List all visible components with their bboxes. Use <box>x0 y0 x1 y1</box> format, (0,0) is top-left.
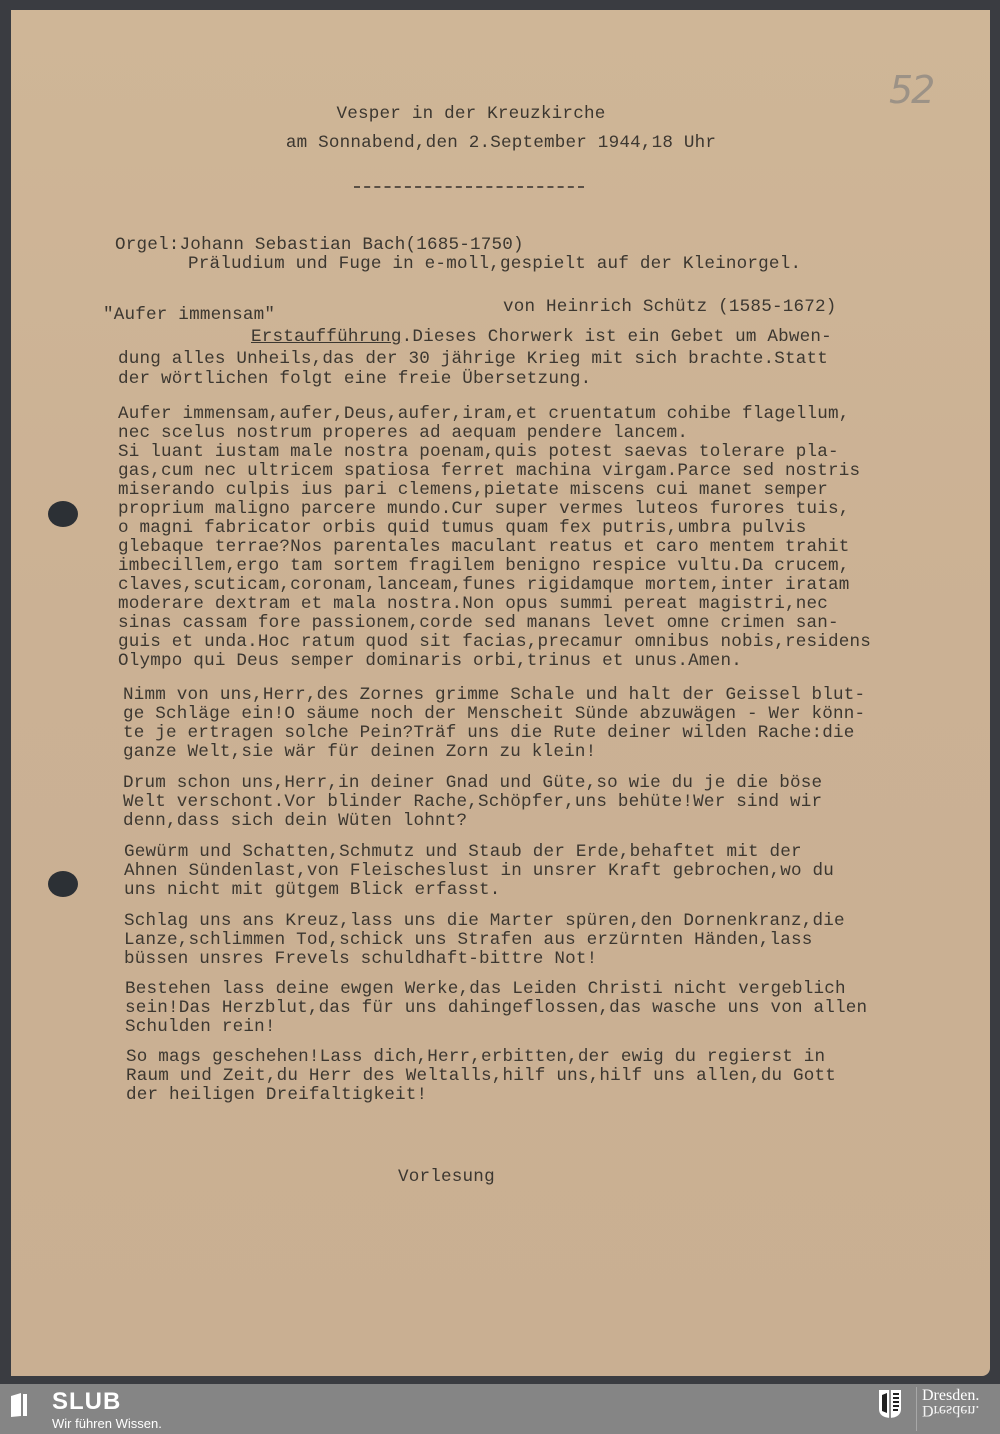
german-line: der heiligen Dreifaltigkeit! <box>126 1086 427 1105</box>
latin-line: o magni fabricator orbis quid tumus quam… <box>118 519 807 538</box>
premiere-label: Erstaufführung <box>251 327 402 347</box>
city-name-mirror: Dresden. <box>922 1403 979 1418</box>
latin-line: Aufer immensam,aufer,Deus,aufer,iram,et … <box>118 405 850 424</box>
library-tagline: Wir führen Wissen. <box>52 1416 162 1431</box>
latin-line: proprium maligno parcere mundo.Cur super… <box>118 500 850 519</box>
header-date: am Sonnabend,den 2.September 1944,18 Uhr <box>11 134 991 153</box>
latin-line: glebaque terrae?Nos parentales maculant … <box>118 538 850 557</box>
latin-line: gas,cum nec ultricem spatiosa ferret mac… <box>118 462 860 481</box>
german-line: Raum und Zeit,du Herr des Weltalls,hilf … <box>126 1067 836 1086</box>
book-icon <box>10 1392 28 1418</box>
german-line: Drum schon uns,Herr,in deiner Gnad und G… <box>123 774 822 793</box>
latin-line: moderare dextram et mala nostra.Non opus… <box>118 595 828 614</box>
punch-hole-bottom <box>48 871 78 897</box>
city-logo[interactable]: Dresden. Dresden. <box>922 1388 979 1418</box>
latin-line: Olympo qui Deus semper dominaris orbi,tr… <box>118 652 742 671</box>
german-line: te je ertragen solche Pein?Träf uns die … <box>123 724 855 743</box>
viewer-footer: SLUB Wir führen Wissen. Dresden. Dresden… <box>0 1384 1000 1434</box>
intro-line: der wörtlichen folgt eine freie Übersetz… <box>118 370 591 389</box>
german-line: ge Schläge ein!O säume noch der Menschei… <box>123 705 865 724</box>
german-line: Lanze,schlimmen Tod,schick uns Strafen a… <box>124 931 813 950</box>
german-line: Schulden rein! <box>125 1018 276 1037</box>
latin-line: guis et unda.Hoc ratum quod sit facias,p… <box>118 633 871 652</box>
german-line: Schlag uns ans Kreuz,lass uns die Marter… <box>124 912 845 931</box>
punch-hole-top <box>48 501 78 527</box>
german-line: So mags geschehen!Lass dich,Herr,erbitte… <box>126 1048 825 1067</box>
latin-line: claves,scuticam,coronam,lanceam,funes ri… <box>118 576 850 595</box>
german-line: Nimm von uns,Herr,des Zornes grimme Scha… <box>123 686 865 705</box>
document-page: 52 Vesper in der Kreuzkirche am Sonnaben… <box>11 10 990 1376</box>
closing-reading: Vorlesung <box>398 1168 495 1187</box>
german-line: uns nicht mit gütgem Blick erfasst. <box>124 881 501 900</box>
latin-line: Si luant iustam male nostra poenam,quis … <box>118 443 839 462</box>
german-line: ganze Welt,sie wär für deinen Zorn zu kl… <box>123 743 596 762</box>
organ-line-2: Präludium und Fuge in e-moll,gespielt au… <box>188 255 801 274</box>
coat-of-arms-icon <box>878 1389 902 1419</box>
header-separator <box>354 186 584 188</box>
german-line: Welt verschont.Vor blinder Rache,Schöpfe… <box>123 793 822 812</box>
intro-line: dung alles Unheils,das der 30 jährige Kr… <box>118 350 828 369</box>
german-line: Bestehen lass deine ewgen Werke,das Leid… <box>125 980 846 999</box>
organ-line-1: Orgel:Johann Sebastian Bach(1685-1750) <box>115 236 524 255</box>
german-line: büssen unsres Frevels schuldhaft-bittre … <box>124 950 597 969</box>
german-line: denn,dass sich dein Wüten lohnt? <box>123 812 467 831</box>
choral-work-composer: von Heinrich Schütz (1585-1672) <box>503 298 837 317</box>
latin-line: nec scelus nostrum properes ad aequam pe… <box>118 424 688 443</box>
header-title: Vesper in der Kreuzkirche <box>11 105 931 124</box>
german-line: Ahnen Sündenlast,von Fleischeslust in un… <box>124 862 834 881</box>
german-line: Gewürm und Schatten,Schmutz und Staub de… <box>124 843 802 862</box>
choral-work-title: "Aufer immensam" <box>103 306 275 325</box>
latin-line: sinas cassam fore passionem,corde sed ma… <box>118 614 839 633</box>
latin-line: imbecillem,ergo tam sortem fragilem beni… <box>118 557 850 576</box>
footer-separator <box>916 1387 917 1431</box>
latin-line: miserando culpis ius pari clemens,pietat… <box>118 481 828 500</box>
german-line: sein!Das Herzblut,das für uns dahingeflo… <box>125 999 867 1018</box>
library-name[interactable]: SLUB <box>52 1388 121 1416</box>
intro-first-line: Erstaufführung.Dieses Chorwerk ist ein G… <box>251 328 832 347</box>
